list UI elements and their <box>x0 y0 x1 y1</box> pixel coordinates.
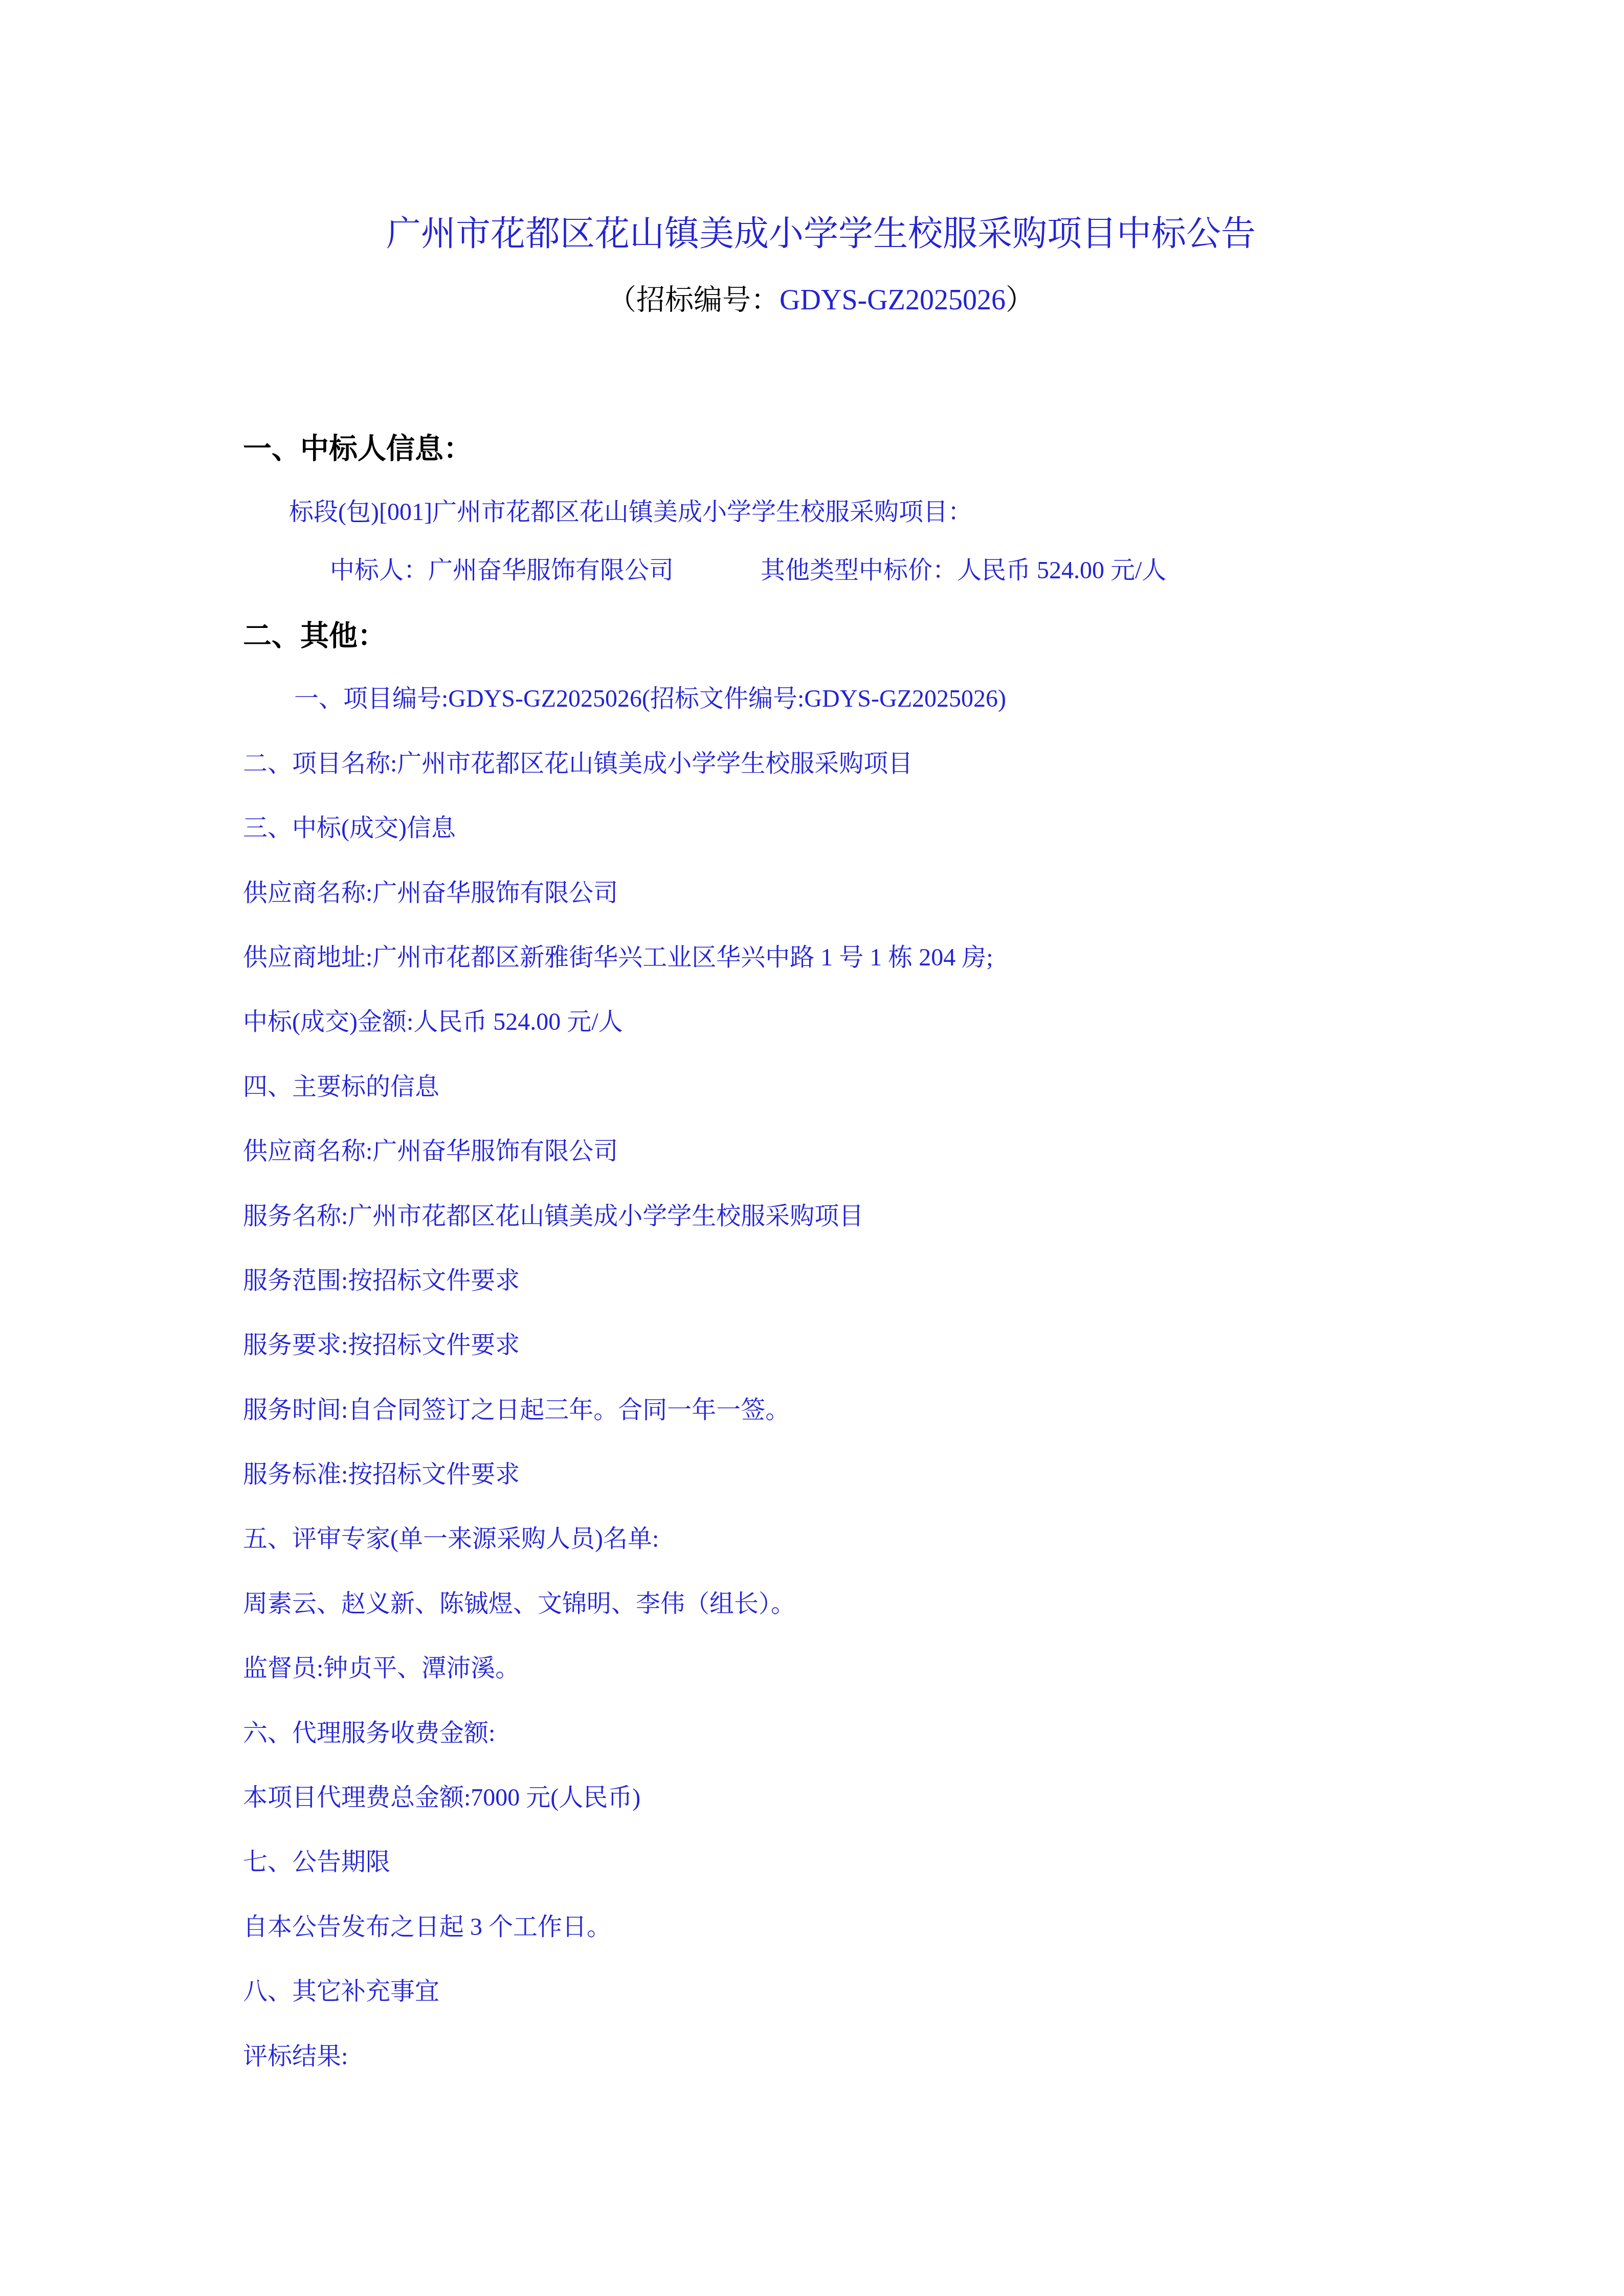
body-line-supplementary-heading: 八、其它补充事宜 <box>243 1979 1399 2005</box>
winning-price: 其他类型中标价：人民币 524.00 元/人 <box>761 558 1166 583</box>
body-line-service-requirement: 服务要求:按招标文件要求 <box>243 1333 1399 1358</box>
section-heading-other: 二、其他： <box>243 618 1399 655</box>
body-line-project-number: 一、项目编号:GDYS-GZ2025026(招标文件编号:GDYS-GZ2025… <box>243 686 1399 712</box>
subtitle-prefix: （招标编号： <box>608 284 780 316</box>
body-line-main-subject-heading: 四、主要标的信息 <box>243 1074 1399 1100</box>
body-line-supervisors: 监督员:钟贞平、潭沛溪。 <box>243 1656 1399 1681</box>
document-page: 广州市花都区花山镇美成小学学生校服采购项目中标公告 （招标编号：GDYS-GZ2… <box>0 0 1624 2296</box>
body-line-evaluation-result: 评标结果: <box>243 2044 1399 2069</box>
body-line-experts-heading: 五、评审专家(单一来源采购人员)名单: <box>243 1526 1399 1552</box>
body-line-announcement-period-heading: 七、公告期限 <box>243 1850 1399 1875</box>
body-line-supplier-address: 供应商地址:广州市花都区新雅街华兴工业区华兴中路 1 号 1 栋 204 房; <box>243 945 1399 971</box>
body-line-agency-fee-amount: 本项目代理费总金额:7000 元(人民币) <box>243 1785 1399 1811</box>
body-line-service-scope: 服务范围:按招标文件要求 <box>243 1268 1399 1294</box>
lot-line: 标段(包)[001]广州市花都区花山镇美成小学学生校服采购项目： <box>243 500 1399 525</box>
body-line-service-time: 服务时间:自合同签订之日起三年。合同一年一签。 <box>243 1398 1399 1423</box>
tender-number: GDYS-GZ2025026 <box>780 284 1006 316</box>
body-line-award-amount: 中标(成交)金额:人民币 524.00 元/人 <box>243 1009 1399 1035</box>
body-line-service-standard: 服务标准:按招标文件要求 <box>243 1462 1399 1488</box>
body-line-service-name: 服务名称:广州市花都区花山镇美成小学学生校服采购项目 <box>243 1204 1399 1229</box>
body-line-supplier-name-2: 供应商名称:广州奋华服饰有限公司 <box>243 1139 1399 1164</box>
body-line-supplier-name: 供应商名称:广州奋华服饰有限公司 <box>243 881 1399 906</box>
document-subtitle: （招标编号：GDYS-GZ2025026） <box>243 282 1399 318</box>
subtitle-suffix: ） <box>1006 284 1034 316</box>
winner-line: 中标人：广州奋华服饰有限公司其他类型中标价：人民币 524.00 元/人 <box>243 558 1399 583</box>
section-heading-winner-info: 一、中标人信息： <box>243 431 1399 468</box>
body-line-experts-names: 周素云、赵义新、陈铖煜、文锦明、李伟（组长）。 <box>243 1591 1399 1617</box>
body-line-award-info-heading: 三、中标(成交)信息 <box>243 816 1399 841</box>
body-line-announcement-period: 自本公告发布之日起 3 个工作日。 <box>243 1915 1399 1940</box>
body-line-project-name: 二、项目名称:广州市花都区花山镇美成小学学生校服采购项目 <box>243 751 1399 777</box>
document-title: 广州市花都区花山镇美成小学学生校服采购项目中标公告 <box>243 212 1399 256</box>
body-line-agency-fee-heading: 六、代理服务收费金额: <box>243 1721 1399 1746</box>
winner-name: 中标人：广州奋华服饰有限公司 <box>330 557 674 584</box>
